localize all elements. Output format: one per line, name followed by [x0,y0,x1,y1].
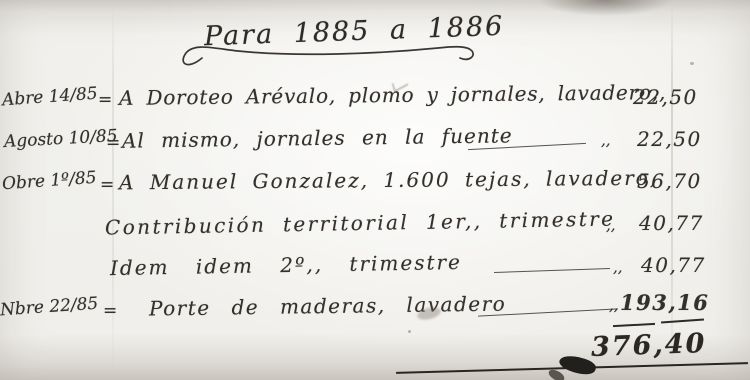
entry-amount: 22,50 [633,85,698,109]
equals-sign: = [98,90,112,110]
equals-sign: = [106,133,120,153]
sum-rule-segment [661,319,704,324]
equals-sign: = [103,301,117,321]
entry-description: Idem idem 2º,, trimestre [110,250,462,280]
entry-description: Porte de maderas, lavadero [149,292,507,321]
entry-description: A Manuel Gonzalez, 1.600 tejas, lavadero… [119,166,658,195]
ditto-marks: ,, [613,258,623,276]
entry-date: Abre 14/85 [1,84,98,111]
entry-date: Obre 1º/85 [1,168,97,195]
entry-amount: 193,16 [620,290,709,315]
entry-amount: 40,77 [641,253,706,277]
ditto-marks: ,, [606,216,616,234]
ditto-marks: ,, [601,131,611,149]
entry-amount: 56,70 [637,169,702,193]
total-amount: 376,40 [590,328,706,363]
entry-description: Contribución territorial 1er,, trimestre [105,207,616,240]
entry-date: Agosto 10/85 [4,126,118,152]
equals-sign: = [100,175,114,195]
paper-edge-shadow [540,0,670,16]
title-underline-flourish [176,38,484,76]
paper-speck [690,62,694,65]
entry-amount: 22,50 [637,127,702,151]
entry-date: Nbre 22/85 [0,294,99,321]
entry-description: Al mismo, jornales en la fuente [122,123,513,152]
manuscript-page: Para 1885 a 1886 Abre 14/85 = A Doroteo … [0,0,750,380]
paper-speck [408,330,411,333]
entry-amount: 40,77 [639,211,704,235]
ditto-marks: ,, [609,296,619,314]
fill-dash-line [494,268,610,273]
sum-rule-segment [613,323,655,327]
